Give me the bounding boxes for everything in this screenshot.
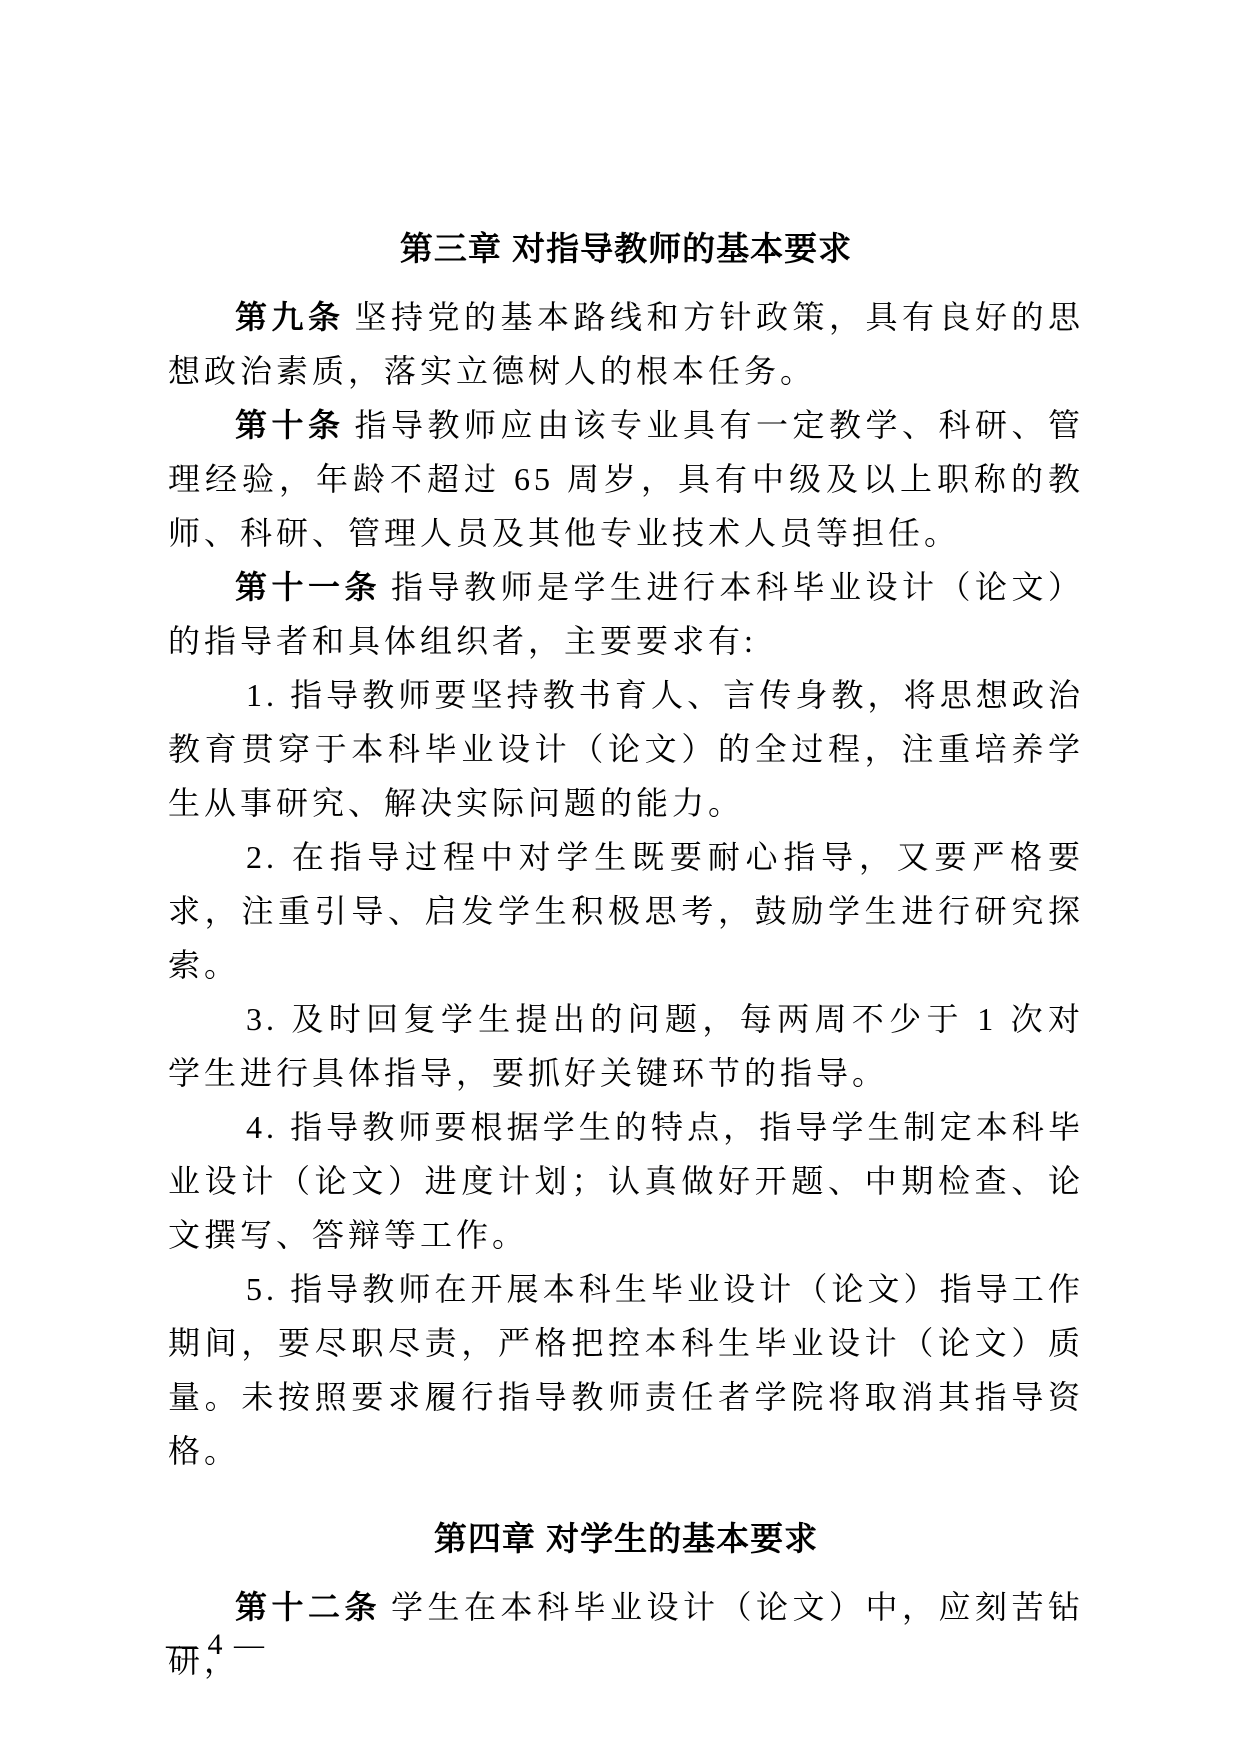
chapter-3-heading: 第三章 对指导教师的基本要求	[168, 222, 1084, 276]
page-number: — 4 —	[166, 1628, 266, 1662]
article-10-paragraph: 第十条指导教师应由该专业具有一定教学、科研、管理经验，年龄不超过 65 周岁，具…	[168, 398, 1084, 560]
chapter-4-heading: 第四章 对学生的基本要求	[168, 1512, 1084, 1566]
article-11-label: 第十一条	[235, 569, 381, 605]
article-11-item-5: 5. 指导教师在开展本科生毕业设计（论文）指导工作期间，要尽职尽责，严格把控本科…	[168, 1262, 1084, 1478]
article-11-item-2: 2. 在指导过程中对学生既要耐心指导，又要严格要求，注重引导、启发学生积极思考，…	[168, 830, 1084, 992]
article-9-label: 第九条	[235, 299, 345, 335]
article-12-paragraph: 第十二条学生在本科毕业设计（论文）中，应刻苦钻研，	[168, 1580, 1084, 1688]
article-9-paragraph: 第九条坚持党的基本路线和方针政策，具有良好的思想政治素质，落实立德树人的根本任务…	[168, 290, 1084, 398]
article-12-label: 第十二条	[235, 1589, 381, 1625]
document-body: 第三章 对指导教师的基本要求 第九条坚持党的基本路线和方针政策，具有良好的思想政…	[168, 222, 1084, 1688]
article-11-item-3: 3. 及时回复学生提出的问题，每两周不少于 1 次对学生进行具体指导，要抓好关键…	[168, 992, 1084, 1100]
article-11-paragraph: 第十一条指导教师是学生进行本科毕业设计（论文）的指导者和具体组织者，主要要求有:	[168, 560, 1084, 668]
article-11-item-1: 1. 指导教师要坚持教书育人、言传身教，将思想政治教育贯穿于本科毕业设计（论文）…	[168, 668, 1084, 830]
article-11-item-4: 4. 指导教师要根据学生的特点，指导学生制定本科毕业设计（论文）进度计划；认真做…	[168, 1100, 1084, 1262]
document-page: 第三章 对指导教师的基本要求 第九条坚持党的基本路线和方针政策，具有良好的思想政…	[0, 0, 1240, 1754]
article-10-label: 第十条	[235, 407, 345, 443]
